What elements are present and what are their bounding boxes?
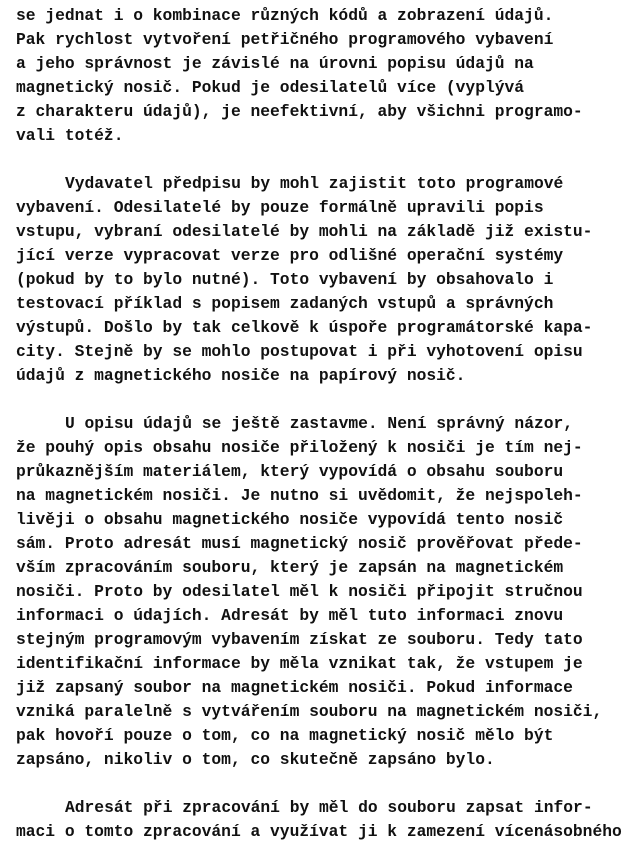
text-line: livěji o obsahu magnetického nosiče vypo… bbox=[16, 508, 631, 532]
text-line: údajů z magnetického nosiče na papírový … bbox=[16, 364, 631, 388]
text-line: maci o tomto zpracování a využívat ji k … bbox=[16, 820, 631, 844]
paragraph: se jednat i o kombinace různých kódů a z… bbox=[16, 4, 631, 148]
text-line: pak hovoří pouze o tom, co na magnetický… bbox=[16, 724, 631, 748]
text-line: že pouhý opis obsahu nosiče přiložený k … bbox=[16, 436, 631, 460]
text-line: Vydavatel předpisu by mohl zajistit toto… bbox=[16, 172, 631, 196]
text-line: informaci o údajích. Adresát by měl tuto… bbox=[16, 604, 631, 628]
text-line: identifikační informace by měla vznikat … bbox=[16, 652, 631, 676]
text-line: již zapsaný soubor na magnetickém nosiči… bbox=[16, 676, 631, 700]
paragraph-gap bbox=[16, 148, 631, 172]
text-line: zapsáno, nikoliv o tom, co skutečně zaps… bbox=[16, 748, 631, 772]
text-line: testovací příklad s popisem zadaných vst… bbox=[16, 292, 631, 316]
text-line: (pokud by to bylo nutné). Toto vybavení … bbox=[16, 268, 631, 292]
text-line: z charakteru údajů), je neefektivní, aby… bbox=[16, 100, 631, 124]
text-line: stejným programovým vybavením získat ze … bbox=[16, 628, 631, 652]
paragraph-gap bbox=[16, 388, 631, 412]
paragraph: Vydavatel předpisu by mohl zajistit toto… bbox=[16, 172, 631, 388]
text-line: vali totéž. bbox=[16, 124, 631, 148]
text-line: sám. Proto adresát musí magnetický nosič… bbox=[16, 532, 631, 556]
text-line: vstupu, vybraní odesilatelé by mohli na … bbox=[16, 220, 631, 244]
paragraph: U opisu údajů se ještě zastavme. Není sp… bbox=[16, 412, 631, 772]
text-line: vzniká paralelně s vytvářením souboru na… bbox=[16, 700, 631, 724]
typewritten-page: se jednat i o kombinace různých kódů a z… bbox=[16, 4, 631, 844]
text-line: city. Stejně by se mohlo postupovat i př… bbox=[16, 340, 631, 364]
text-line: jící verze vypracovat verze pro odlišné … bbox=[16, 244, 631, 268]
paragraph-gap bbox=[16, 772, 631, 796]
text-line: U opisu údajů se ještě zastavme. Není sp… bbox=[16, 412, 631, 436]
text-line: průkaznějším materiálem, který vypovídá … bbox=[16, 460, 631, 484]
text-line: na magnetickém nosiči. Je nutno si uvědo… bbox=[16, 484, 631, 508]
text-line: Pak rychlost vytvoření petřičného progra… bbox=[16, 28, 631, 52]
text-line: vším zpracováním souboru, který je zapsá… bbox=[16, 556, 631, 580]
text-line: nosiči. Proto by odesilatel měl k nosiči… bbox=[16, 580, 631, 604]
paragraph: Adresát při zpracování by měl do souboru… bbox=[16, 796, 631, 844]
text-line: výstupů. Došlo by tak celkově k úspoře p… bbox=[16, 316, 631, 340]
text-line: se jednat i o kombinace různých kódů a z… bbox=[16, 4, 631, 28]
text-line: vybavení. Odesilatelé by pouze formálně … bbox=[16, 196, 631, 220]
text-line: magnetický nosič. Pokud je odesilatelů v… bbox=[16, 76, 631, 100]
text-line: Adresát při zpracování by měl do souboru… bbox=[16, 796, 631, 820]
text-line: a jeho správnost je závislé na úrovni po… bbox=[16, 52, 631, 76]
